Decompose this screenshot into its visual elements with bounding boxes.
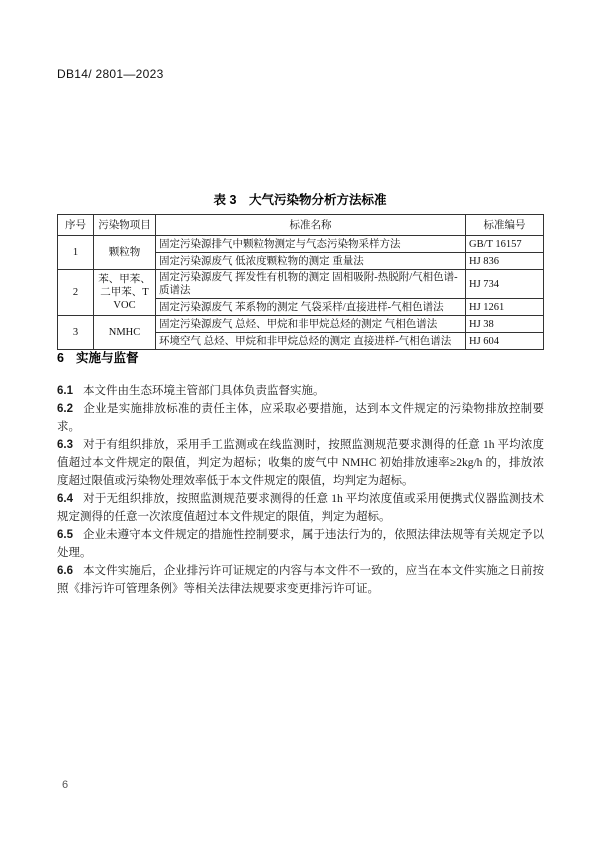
cell-seq: 3 bbox=[58, 316, 94, 350]
clause-6-2: 6.2企业是实施排放标准的责任主体，应采取必要措施，达到本文件规定的污染物排放控… bbox=[57, 400, 544, 436]
section-implementation-supervision: 6实施与监督 6.1本文件由生态环境主管部门具体负责监督实施。 6.2企业是实施… bbox=[57, 348, 544, 598]
header-cell-standard-name: 标准名称 bbox=[156, 215, 466, 236]
header-cell-pollutant: 污染物项目 bbox=[94, 215, 156, 236]
table-row: 2 苯、甲苯、二甲苯、TVOC 固定污染源废气 挥发性有机物的测定 固相吸附-热… bbox=[58, 270, 544, 299]
cell-standard-name: 环境空气 总烃、甲烷和非甲烷总烃的测定 直接进样-气相色谱法 bbox=[156, 333, 466, 350]
clause-number: 6.2 bbox=[57, 403, 73, 415]
document-code: DB14/ 2801—2023 bbox=[57, 67, 164, 81]
analysis-methods-table: 序号 污染物项目 标准名称 标准编号 1 颗粒物 固定污染源排气中颗粒物测定与气… bbox=[57, 214, 544, 350]
clause-text: 对于无组织排放，按照监测规范要求测得的任意 1h 平均浓度值或采用便携式仪器监测… bbox=[57, 493, 544, 523]
clause-6-1: 6.1本文件由生态环境主管部门具体负责监督实施。 bbox=[57, 382, 544, 400]
clause-6-4: 6.4对于无组织排放，按照监测规范要求测得的任意 1h 平均浓度值或采用便携式仪… bbox=[57, 490, 544, 526]
table-row: 1 颗粒物 固定污染源排气中颗粒物测定与气态污染物采样方法 GB/T 16157 bbox=[58, 236, 544, 253]
cell-pollutant: NMHC bbox=[94, 316, 156, 350]
cell-standard-code: HJ 38 bbox=[466, 316, 544, 333]
clause-number: 6.4 bbox=[57, 493, 73, 505]
clause-6-6: 6.6本文件实施后，企业排污许可证规定的内容与本文件不一致的，应当在本文件实施之… bbox=[57, 562, 544, 598]
cell-standard-name: 固定污染源废气 低浓度颗粒物的测定 重量法 bbox=[156, 253, 466, 270]
section-heading: 6实施与监督 bbox=[57, 348, 544, 366]
cell-seq: 2 bbox=[58, 270, 94, 316]
cell-seq: 1 bbox=[58, 236, 94, 270]
section-title: 实施与监督 bbox=[76, 351, 139, 365]
table-row: 3 NMHC 固定污染源废气 总烃、甲烷和非甲烷总烃的测定 气相色谱法 HJ 3… bbox=[58, 316, 544, 333]
clause-6-5: 6.5企业未遵守本文件规定的措施性控制要求，属于违法行为的，依照法律法规等有关规… bbox=[57, 526, 544, 562]
cell-standard-code: HJ 734 bbox=[466, 270, 544, 299]
cell-standard-name: 固定污染源废气 苯系物的测定 气袋采样/直接进样-气相色谱法 bbox=[156, 299, 466, 316]
table-title: 表 3 大气污染物分析方法标准 bbox=[0, 190, 600, 208]
header-cell-standard-code: 标准编号 bbox=[466, 215, 544, 236]
header-cell-seq: 序号 bbox=[58, 215, 94, 236]
cell-pollutant: 苯、甲苯、二甲苯、TVOC bbox=[94, 270, 156, 316]
cell-pollutant: 颗粒物 bbox=[94, 236, 156, 270]
cell-standard-code: HJ 604 bbox=[466, 333, 544, 350]
clause-number: 6.5 bbox=[57, 529, 73, 541]
cell-standard-name: 固定污染源排气中颗粒物测定与气态污染物采样方法 bbox=[156, 236, 466, 253]
clause-number: 6.3 bbox=[57, 439, 73, 451]
clause-number: 6.1 bbox=[57, 385, 73, 397]
section-number: 6 bbox=[57, 351, 64, 365]
document-page: DB14/ 2801—2023 表 3 大气污染物分析方法标准 序号 污染物项目… bbox=[0, 0, 600, 848]
clause-text: 本文件实施后，企业排污许可证规定的内容与本文件不一致的，应当在本文件实施之日前按… bbox=[57, 565, 544, 595]
cell-standard-code: HJ 1261 bbox=[466, 299, 544, 316]
clause-6-3: 6.3对于有组织排放，采用手工监测或在线监测时，按照监测规范要求测得的任意 1h… bbox=[57, 436, 544, 490]
cell-standard-name: 固定污染源废气 挥发性有机物的测定 固相吸附-热脱附/气相色谱-质谱法 bbox=[156, 270, 466, 299]
cell-standard-name: 固定污染源废气 总烃、甲烷和非甲烷总烃的测定 气相色谱法 bbox=[156, 316, 466, 333]
clause-text: 对于有组织排放，采用手工监测或在线监测时，按照监测规范要求测得的任意 1h 平均… bbox=[57, 439, 544, 487]
table-header-row: 序号 污染物项目 标准名称 标准编号 bbox=[58, 215, 544, 236]
clause-text: 企业是实施排放标准的责任主体，应采取必要措施，达到本文件规定的污染物排放控制要求… bbox=[57, 403, 544, 433]
cell-standard-code: GB/T 16157 bbox=[466, 236, 544, 253]
cell-standard-code: HJ 836 bbox=[466, 253, 544, 270]
clause-text: 本文件由生态环境主管部门具体负责监督实施。 bbox=[83, 385, 325, 397]
clause-number: 6.6 bbox=[57, 565, 73, 577]
clause-text: 企业未遵守本文件规定的措施性控制要求，属于违法行为的，依照法律法规等有关规定予以… bbox=[57, 529, 544, 559]
page-number: 6 bbox=[62, 779, 68, 791]
